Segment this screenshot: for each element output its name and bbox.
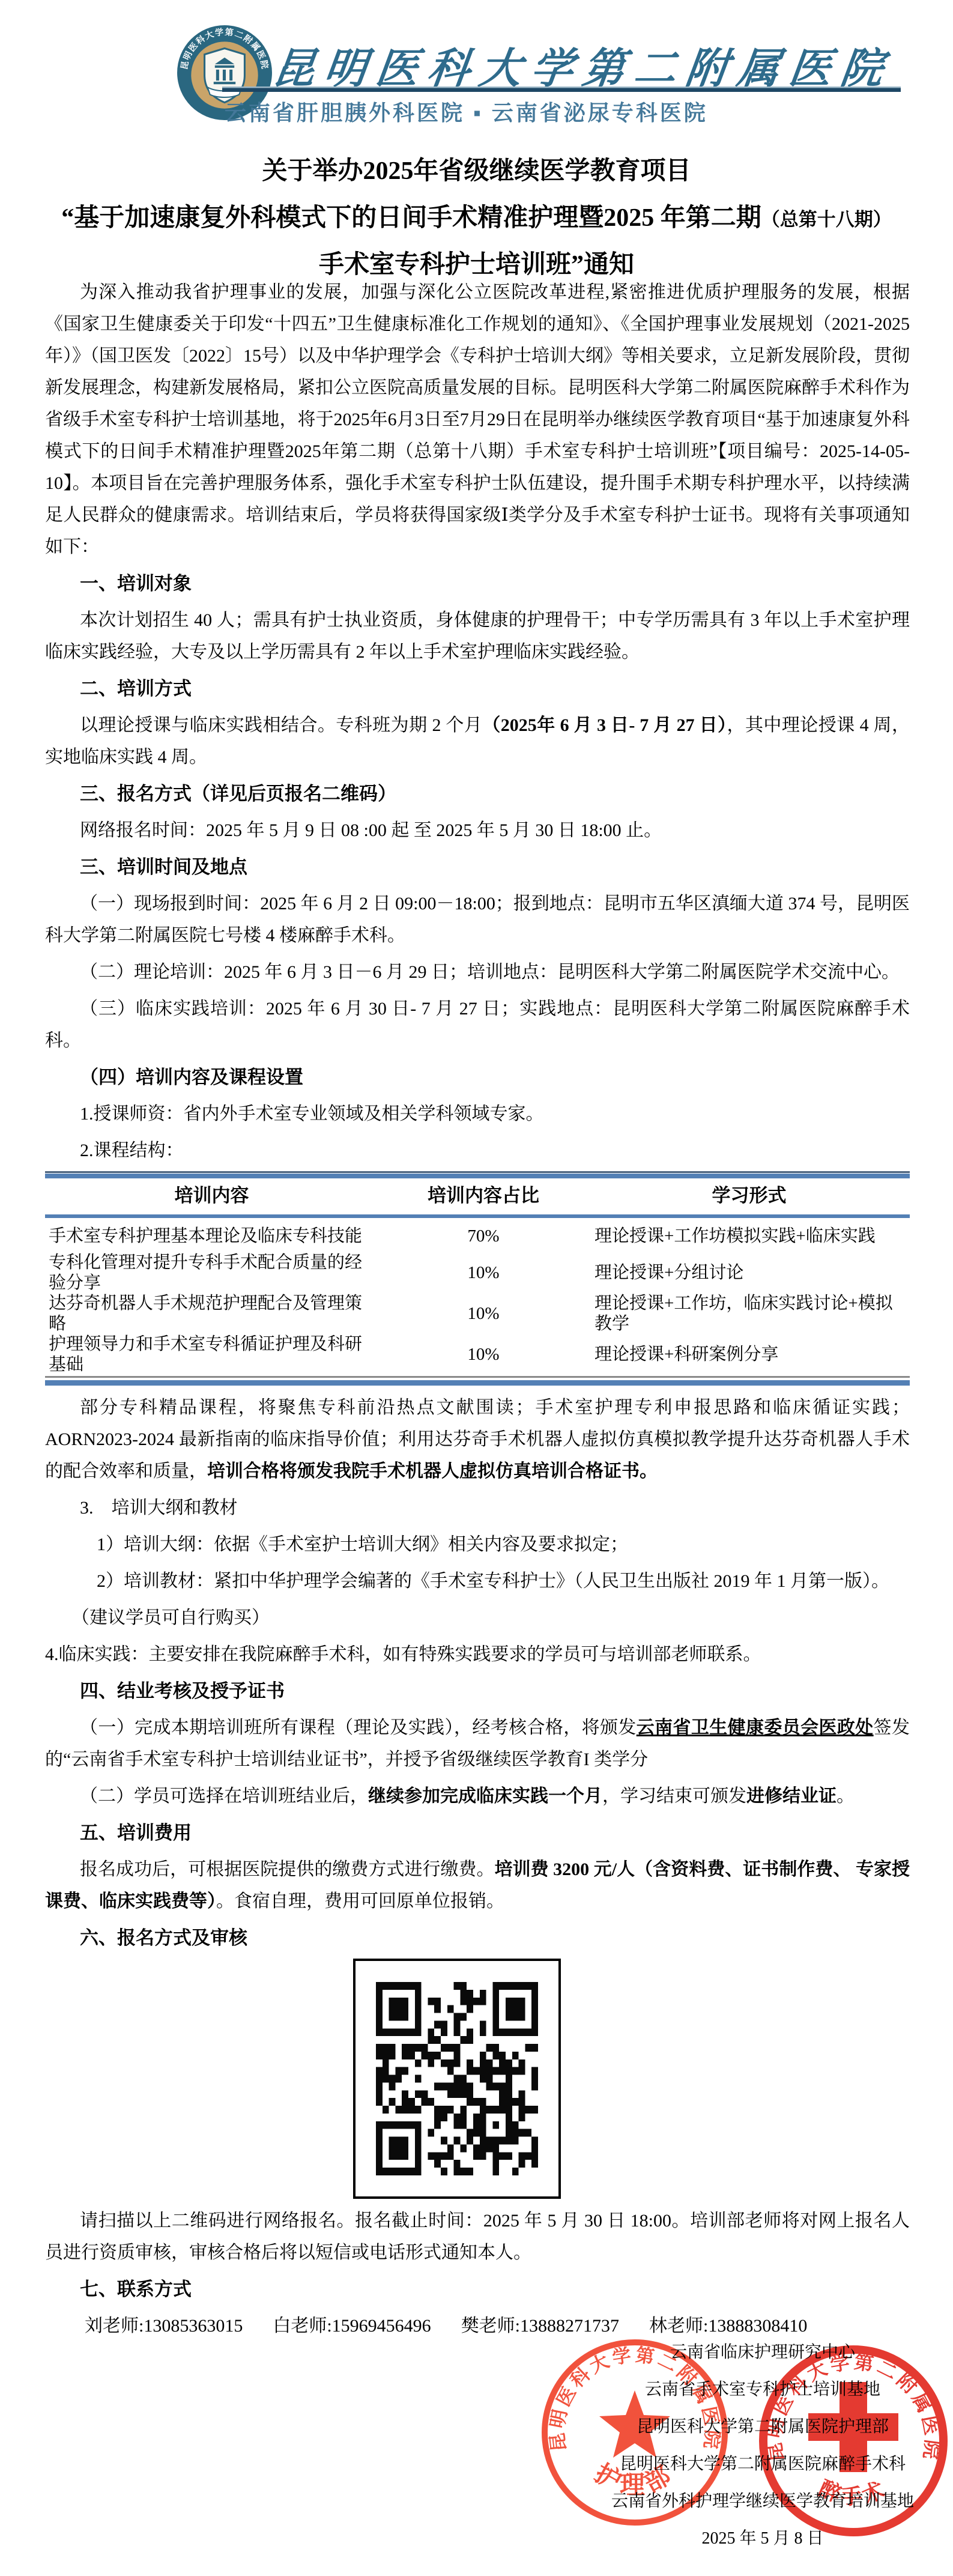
faculty-info: 1.授课师资：省内外手术室专业领域及相关学科领域专家。 bbox=[45, 1098, 910, 1130]
text-segment: 2.课程结构： bbox=[80, 1141, 184, 1160]
table-cell: 护理领导力和手术室专科循证护理及科研基础 bbox=[45, 1334, 378, 1375]
table-row: 专科化管理对提升专科手术配合质量的经验分享10%理论授课+分组讨论 bbox=[45, 1252, 910, 1293]
text-segment: 。食宿自理，费用可回原单位报销。 bbox=[216, 1891, 504, 1911]
text-segment: 3. 培训大纲和教材 bbox=[80, 1498, 238, 1518]
text-segment: 1.授课师资：省内外手术室专业领域及相关学科领域专家。 bbox=[80, 1104, 544, 1124]
text-segment: （一）现场报到时间：2025 年 6 月 2 日 09:00－18:00；报到地… bbox=[45, 894, 910, 945]
hospital-subtitle: 云南省肝胆胰外科医院 ▪ 云南省泌尿专科医院 bbox=[225, 96, 708, 127]
text-segment: （2025年 6 月 3 日- 7 月 27 日） bbox=[482, 715, 727, 735]
table-cell: 专科化管理对提升专科手术配合质量的经验分享 bbox=[45, 1252, 378, 1293]
signing-org: 昆明医科大学第二附属医院麻醉手术科 bbox=[573, 2446, 952, 2483]
text-segment: 云南省卫生健康委员会医政处 bbox=[637, 1718, 874, 1738]
checkin-info: （一）现场报到时间：2025 年 6 月 2 日 09:00－18:00；报到地… bbox=[45, 888, 910, 951]
section-heading-5: 五、培训费用 bbox=[45, 1817, 910, 1849]
text-segment: 继续参加完成临床实践一个月 bbox=[368, 1786, 602, 1806]
scan-instruction: 请扫描以上二维码进行网络报名。报名截止时间：2025 年 5 月 30 日 18… bbox=[45, 2205, 910, 2268]
subsection-heading-4: （四）培训内容及课程设置 bbox=[45, 1061, 910, 1093]
fee-info: 报名成功后，可根据医院提供的缴费方式进行缴费。培训费 3200 元/人（含资料费… bbox=[45, 1853, 910, 1917]
table-cell: 10% bbox=[378, 1262, 588, 1283]
signing-org: 云南省外科护理学继续医学教育培训基地 bbox=[573, 2483, 952, 2520]
column-header: 学习形式 bbox=[588, 1186, 910, 1206]
text-segment: （二）理论培训：2025 年 6 月 3 日－6 月 29 日；培训地点：昆明医… bbox=[80, 962, 900, 982]
text-segment: 1）培训大纲：依据《手术室护士培训大纲》相关内容及要求拟定； bbox=[97, 1535, 628, 1554]
text-segment: 以理论授课与临床实践相结合。专科班为期 2 个月 bbox=[80, 715, 482, 735]
text bbox=[45, 1380, 910, 1386]
text bbox=[45, 1376, 910, 1378]
text-segment: 报名成功后，可根据医院提供的缴费方式进行缴费。 bbox=[80, 1859, 495, 1879]
intro-paragraph: 为深入推动我省护理事业的发展，加强与深化公立医院改革进程,紧密推进优质护理服务的… bbox=[45, 276, 910, 563]
table-cell: 10% bbox=[378, 1344, 588, 1365]
text bbox=[45, 1171, 910, 1173]
table-row: 护理领导力和手术室专科循证护理及科研基础10%理论授课+科研案例分享 bbox=[45, 1334, 910, 1375]
section-heading-1: 一、培训对象 bbox=[45, 568, 910, 599]
section-heading-4: 四、结业考核及授予证书 bbox=[45, 1675, 910, 1707]
clinical-training-info: （三）临床实践培训：2025 年 6 月 30 日- 7 月 27 日；实践地点… bbox=[45, 993, 910, 1056]
notice-title: 关于举办2025年省级继续医学教育项目 “基于加速康复外科模式下的日间手术精准护… bbox=[0, 148, 953, 288]
text-segment: ，学习结束可颁发 bbox=[602, 1786, 746, 1806]
course-structure-label: 2.课程结构： bbox=[45, 1135, 910, 1166]
table-cell: 理论授课+工作坊模拟实践+临床实践 bbox=[588, 1226, 910, 1246]
text bbox=[45, 1214, 910, 1218]
title-line-2: “基于加速康复外科模式下的日间手术精准护理暨2025 年第二期（总第十八期） bbox=[0, 195, 953, 241]
qr-pattern bbox=[376, 1982, 538, 2175]
text-segment: （一）完成本期培训班所有课程（理论及实践），经考核合格，将颁发 bbox=[80, 1718, 637, 1738]
text-segment: （二）学员可选择在培训班结业后， bbox=[80, 1786, 368, 1806]
table-cell: 理论授课+工作坊，临床实践讨论+模拟教学 bbox=[588, 1293, 910, 1334]
course-highlights: 部分专科精品课程，将聚焦专科前沿热点文献围读；手术室护理专利申报思路和临床循证实… bbox=[45, 1392, 910, 1487]
contact-item: 白老师:15969456496 bbox=[273, 2316, 431, 2336]
closing-signature-block: 云南省临床护理研究中心 云南省手术室专科护士培训基地 昆明医科大学第二附属医院护… bbox=[573, 2334, 952, 2557]
table-row: 手术室专科护理基本理论及临床专科技能70%理论授课+工作坊模拟实践+临床实践 bbox=[45, 1219, 910, 1252]
section-heading-3b: 三、培训时间及地点 bbox=[45, 851, 910, 883]
title-line-1: 关于举办2025年省级继续医学教育项目 bbox=[0, 148, 953, 195]
text-segment: 网络报名时间：2025 年 5 月 9 日 08 :00 起 至 2025 年 … bbox=[80, 820, 662, 840]
section-heading-2: 二、培训方式 bbox=[45, 673, 910, 705]
text-segment: 。 bbox=[837, 1786, 855, 1806]
registration-qr-code bbox=[353, 1959, 561, 2199]
syllabus-heading: 3. 培训大纲和教材 bbox=[45, 1492, 910, 1524]
header-divider bbox=[222, 86, 901, 92]
syllabus-item-2: 2）培训教材：紧扣中华护理学会编著的《手术室专科护士》（人民卫生出版社 2019… bbox=[45, 1565, 910, 1597]
column-header: 培训内容 bbox=[45, 1186, 378, 1206]
training-mode: 以理论授课与临床实践相结合。专科班为期 2 个月（2025年 6 月 3 日- … bbox=[45, 709, 910, 773]
text-segment: 为深入推动我省护理事业的发展，加强与深化公立医院改革进程,紧密推进优质护理服务的… bbox=[45, 282, 910, 557]
contact-item: 樊老师:13888271737 bbox=[461, 2316, 619, 2336]
text-segment: 请扫描以上二维码进行网络报名。报名截止时间：2025 年 5 月 30 日 18… bbox=[45, 2211, 910, 2262]
theory-training-info: （二）理论培训：2025 年 6 月 3 日－6 月 29 日；培训地点：昆明医… bbox=[45, 956, 910, 988]
table-header-row: 培训内容培训内容占比学习形式 bbox=[45, 1178, 910, 1213]
text-segment: 进修结业证 bbox=[746, 1786, 837, 1806]
column-header: 培训内容占比 bbox=[378, 1186, 588, 1206]
text-segment: 4.临床实践：主要安排在我院麻醉手术科，如有特殊实践要求的学员可与培训部老师联系… bbox=[45, 1644, 761, 1664]
contact-item: 林老师:13888308410 bbox=[649, 2316, 807, 2336]
section-heading-6: 六、报名方式及审核 bbox=[45, 1922, 910, 1954]
section-heading-3a: 三、报名方式（详见后页报名二维码） bbox=[45, 778, 910, 810]
signing-org: 云南省手术室专科护士培训基地 bbox=[573, 2371, 952, 2408]
notice-document-page: 昆明医科大学第二附属医院 昆明医科大学第二附属医院 云南省肝胆胰外科医院 ▪ 云… bbox=[0, 0, 953, 2576]
table-cell: 达芬奇机器人手术规范护理配合及管理策略 bbox=[45, 1293, 378, 1334]
text-segment: （三）临床实践培训：2025 年 6 月 30 日- 7 月 27 日；实践地点… bbox=[45, 999, 910, 1050]
table-cell: 理论授课+科研案例分享 bbox=[588, 1344, 910, 1365]
text-segment: 2）培训教材：紧扣中华护理学会编著的《手术室专科护士》（人民卫生出版社 2019… bbox=[97, 1571, 889, 1591]
table-cell: 理论授课+分组讨论 bbox=[588, 1262, 910, 1283]
online-registration-time: 网络报名时间：2025 年 5 月 9 日 08 :00 起 至 2025 年 … bbox=[45, 814, 910, 846]
syllabus-item-1: 1）培训大纲：依据《手术室护士培训大纲》相关内容及要求拟定； bbox=[45, 1529, 910, 1560]
issue-date: 2025 年 5 月 8 日 bbox=[573, 2520, 952, 2557]
certificate-info-2: （二）学员可选择在培训班结业后，继续参加完成临床实践一个月，学习结束可颁发进修结… bbox=[45, 1780, 910, 1812]
table-cell: 10% bbox=[378, 1303, 588, 1324]
purchase-note: （建议学员可自行购买） bbox=[45, 1602, 910, 1634]
table-cell: 70% bbox=[378, 1226, 588, 1246]
signing-org: 昆明医科大学第二附属医院护理部 bbox=[573, 2408, 952, 2446]
trainee-requirements: 本次计划招生 40 人；需具有护士执业资质，身体健康的护理骨干；中专学历需具有 … bbox=[45, 604, 910, 668]
text-segment: 本次计划招生 40 人；需具有护士执业资质，身体健康的护理骨干；中专学历需具有 … bbox=[45, 610, 910, 662]
table-cell: 手术室专科护理基本理论及临床专科技能 bbox=[45, 1226, 378, 1246]
signing-org: 云南省临床护理研究中心 bbox=[573, 2334, 952, 2371]
text bbox=[45, 1174, 910, 1178]
curriculum-table: 培训内容培训内容占比学习形式手术室专科护理基本理论及临床专科技能70%理论授课+… bbox=[45, 1171, 910, 1386]
text-segment: 培训合格将颁发我院手术机器人虚拟仿真培训合格证书。 bbox=[207, 1461, 658, 1481]
table-row: 达芬奇机器人手术规范护理配合及管理策略10%理论授课+工作坊，临床实践讨论+模拟… bbox=[45, 1293, 910, 1334]
certificate-info-1: （一）完成本期培训班所有课程（理论及实践），经考核合格，将颁发云南省卫生健康委员… bbox=[45, 1712, 910, 1775]
section-heading-7: 七、联系方式 bbox=[45, 2273, 910, 2305]
document-body: 为深入推动我省护理事业的发展，加强与深化公立医院改革进程,紧密推进优质护理服务的… bbox=[45, 276, 910, 2347]
contact-item: 刘老师:13085363015 bbox=[85, 2316, 243, 2336]
clinical-practice-note: 4.临床实践：主要安排在我院麻醉手术科，如有特殊实践要求的学员可与培训部老师联系… bbox=[45, 1638, 910, 1670]
text-segment: （建议学员可自行购买） bbox=[71, 1608, 270, 1628]
